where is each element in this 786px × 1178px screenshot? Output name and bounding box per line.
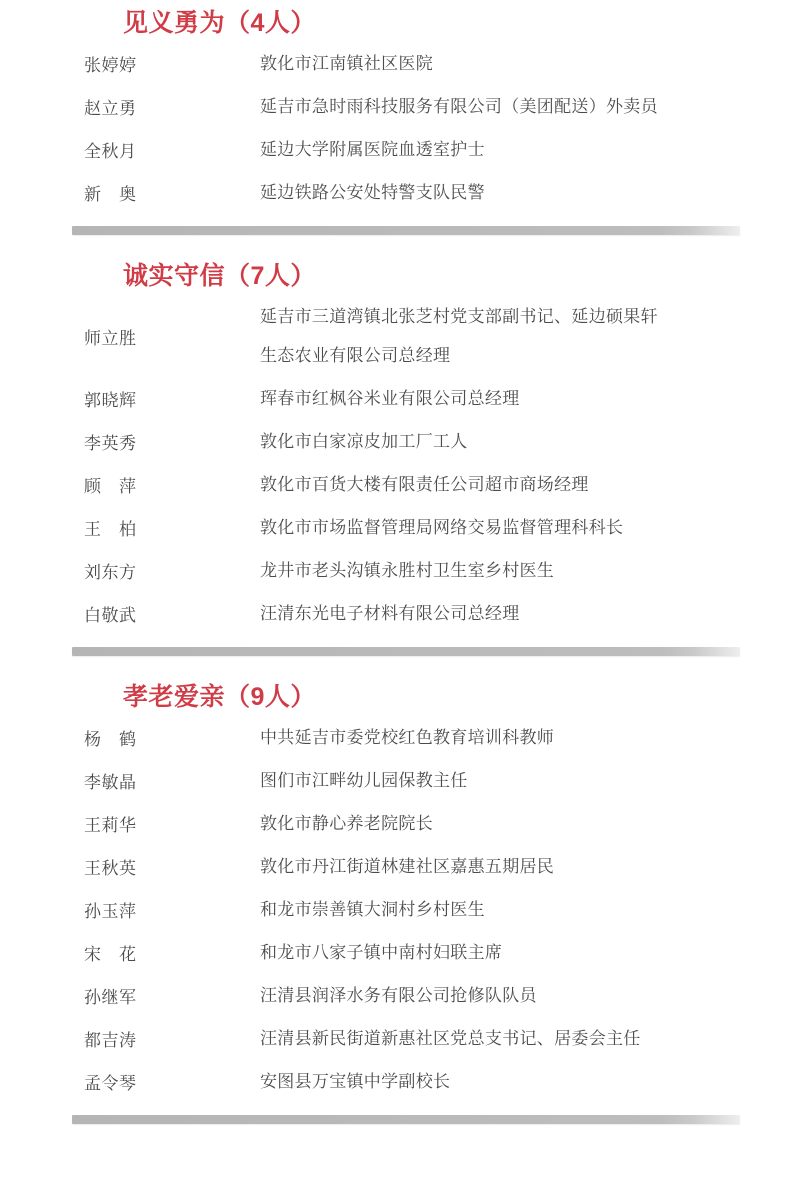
honoree-row: 王秋英 敦化市丹江街道林建社区嘉惠五期居民 [0, 847, 786, 886]
honoree-row: 都吉涛 汪清县新民街道新惠社区党总支书记、居委会主任 [0, 1019, 786, 1058]
award-recipients-page: 见义勇为（4人） 张婷婷 敦化市江南镇社区医院 赵立勇 延吉市急时雨科技服务有限… [0, 0, 786, 1178]
honoree-row: 白敬武 汪清东光电子材料有限公司总经理 [0, 594, 786, 633]
honoree-name: 孙继军 [84, 983, 260, 1008]
honoree-affiliation: 敦化市静心养老院院长 [260, 804, 740, 843]
section-divider [72, 647, 740, 656]
honoree-name: 都吉涛 [84, 1026, 260, 1051]
honoree-affiliation: 汪清县润泽水务有限公司抢修队队员 [260, 976, 740, 1015]
affiliation-line: 敦化市江南镇社区医院 [260, 44, 740, 83]
honoree-name: 孟令琴 [84, 1069, 260, 1094]
section-rows: 杨 鹤 中共延吉市委党校红色教育培训科教师 李敏晶 图们市江畔幼儿园保教主任 王… [0, 718, 786, 1101]
honoree-name: 李英秀 [84, 429, 260, 454]
honoree-affiliation: 汪清县新民街道新惠社区党总支书记、居委会主任 [260, 1019, 740, 1058]
honoree-affiliation: 敦化市白家凉皮加工厂工人 [260, 422, 740, 461]
honoree-row: 宋 花 和龙市八家子镇中南村妇联主席 [0, 933, 786, 972]
honoree-name: 王莉华 [84, 811, 260, 836]
affiliation-line: 和龙市崇善镇大洞村乡村医生 [260, 890, 740, 929]
section-divider [72, 226, 740, 235]
affiliation-line: 汪清东光电子材料有限公司总经理 [260, 594, 740, 633]
honoree-name: 杨 鹤 [84, 725, 260, 750]
affiliation-line: 安图县万宝镇中学副校长 [260, 1062, 740, 1101]
honoree-name: 顾 萍 [84, 472, 260, 497]
honoree-row: 王 柏 敦化市市场监督管理局网络交易监督管理科科长 [0, 508, 786, 547]
affiliation-line: 和龙市八家子镇中南村妇联主席 [260, 933, 740, 972]
honoree-row: 全秋月 延边大学附属医院血透室护士 [0, 130, 786, 169]
honoree-name: 郭晓辉 [84, 386, 260, 411]
affiliation-line: 汪清县润泽水务有限公司抢修队队员 [260, 976, 740, 1015]
honoree-name: 王 柏 [84, 515, 260, 540]
affiliation-line: 珲春市红枫谷米业有限公司总经理 [260, 379, 740, 418]
honoree-affiliation: 延边大学附属医院血透室护士 [260, 130, 740, 169]
honoree-name: 新 奥 [84, 180, 260, 205]
honoree-affiliation: 敦化市百货大楼有限责任公司超市商场经理 [260, 465, 740, 504]
honoree-row: 王莉华 敦化市静心养老院院长 [0, 804, 786, 843]
honoree-row: 顾 萍 敦化市百货大楼有限责任公司超市商场经理 [0, 465, 786, 504]
section-divider [72, 1115, 740, 1124]
affiliation-line: 图们市江畔幼儿园保教主任 [260, 761, 740, 800]
section-rows: 张婷婷 敦化市江南镇社区医院 赵立勇 延吉市急时雨科技服务有限公司（美团配送）外… [0, 44, 786, 212]
honoree-row: 孙继军 汪清县润泽水务有限公司抢修队队员 [0, 976, 786, 1015]
honoree-row: 孙玉萍 和龙市崇善镇大洞村乡村医生 [0, 890, 786, 929]
honoree-row: 李英秀 敦化市白家凉皮加工厂工人 [0, 422, 786, 461]
honoree-row: 孟令琴 安图县万宝镇中学副校长 [0, 1062, 786, 1101]
affiliation-line: 敦化市市场监督管理局网络交易监督管理科科长 [260, 508, 740, 547]
section-title: 孝老爱亲（9人） [123, 682, 786, 712]
honoree-row: 郭晓辉 珲春市红枫谷米业有限公司总经理 [0, 379, 786, 418]
honoree-affiliation: 敦化市江南镇社区医院 [260, 44, 740, 83]
honoree-affiliation: 汪清东光电子材料有限公司总经理 [260, 594, 740, 633]
honoree-name: 孙玉萍 [84, 897, 260, 922]
honoree-affiliation: 和龙市八家子镇中南村妇联主席 [260, 933, 740, 972]
honoree-name: 师立胜 [84, 324, 260, 349]
honoree-name: 赵立勇 [84, 94, 260, 119]
content: 见义勇为（4人） 张婷婷 敦化市江南镇社区医院 赵立勇 延吉市急时雨科技服务有限… [0, 8, 786, 1124]
honoree-affiliation: 延吉市三道湾镇北张芝村党支部副书记、延边硕果轩生态农业有限公司总经理 [260, 297, 740, 375]
honoree-affiliation: 图们市江畔幼儿园保教主任 [260, 761, 740, 800]
honoree-row: 张婷婷 敦化市江南镇社区医院 [0, 44, 786, 83]
honoree-row: 李敏晶 图们市江畔幼儿园保教主任 [0, 761, 786, 800]
affiliation-line: 龙井市老头沟镇永胜村卫生室乡村医生 [260, 551, 740, 590]
affiliation-line: 生态农业有限公司总经理 [260, 336, 740, 375]
affiliation-line: 中共延吉市委党校红色教育培训科教师 [260, 718, 740, 757]
honoree-affiliation: 和龙市崇善镇大洞村乡村医生 [260, 890, 740, 929]
honoree-name: 王秋英 [84, 854, 260, 879]
section-rows: 师立胜 延吉市三道湾镇北张芝村党支部副书记、延边硕果轩生态农业有限公司总经理 郭… [0, 297, 786, 633]
honoree-affiliation: 安图县万宝镇中学副校长 [260, 1062, 740, 1101]
honoree-name: 刘东方 [84, 558, 260, 583]
honoree-row: 师立胜 延吉市三道湾镇北张芝村党支部副书记、延边硕果轩生态农业有限公司总经理 [0, 297, 786, 375]
affiliation-line: 敦化市静心养老院院长 [260, 804, 740, 843]
honoree-row: 杨 鹤 中共延吉市委党校红色教育培训科教师 [0, 718, 786, 757]
honoree-name: 白敬武 [84, 601, 260, 626]
affiliation-line: 敦化市百货大楼有限责任公司超市商场经理 [260, 465, 740, 504]
honoree-row: 赵立勇 延吉市急时雨科技服务有限公司（美团配送）外卖员 [0, 87, 786, 126]
award-section: 孝老爱亲（9人） 杨 鹤 中共延吉市委党校红色教育培训科教师 李敏晶 图们市江畔… [0, 682, 786, 1101]
award-section: 见义勇为（4人） 张婷婷 敦化市江南镇社区医院 赵立勇 延吉市急时雨科技服务有限… [0, 8, 786, 212]
honoree-affiliation: 中共延吉市委党校红色教育培训科教师 [260, 718, 740, 757]
affiliation-line: 汪清县新民街道新惠社区党总支书记、居委会主任 [260, 1019, 740, 1058]
affiliation-line: 敦化市丹江街道林建社区嘉惠五期居民 [260, 847, 740, 886]
honoree-affiliation: 敦化市丹江街道林建社区嘉惠五期居民 [260, 847, 740, 886]
affiliation-line: 延吉市急时雨科技服务有限公司（美团配送）外卖员 [260, 87, 740, 126]
honoree-name: 李敏晶 [84, 768, 260, 793]
section-title: 诚实守信（7人） [123, 261, 786, 291]
honoree-affiliation: 珲春市红枫谷米业有限公司总经理 [260, 379, 740, 418]
honoree-name: 宋 花 [84, 940, 260, 965]
honoree-name: 全秋月 [84, 137, 260, 162]
affiliation-line: 敦化市白家凉皮加工厂工人 [260, 422, 740, 461]
award-section: 诚实守信（7人） 师立胜 延吉市三道湾镇北张芝村党支部副书记、延边硕果轩生态农业… [0, 261, 786, 633]
honoree-affiliation: 延边铁路公安处特警支队民警 [260, 173, 740, 212]
affiliation-line: 延边铁路公安处特警支队民警 [260, 173, 740, 212]
honoree-name: 张婷婷 [84, 51, 260, 76]
section-title: 见义勇为（4人） [123, 8, 786, 38]
honoree-affiliation: 敦化市市场监督管理局网络交易监督管理科科长 [260, 508, 740, 547]
honoree-affiliation: 延吉市急时雨科技服务有限公司（美团配送）外卖员 [260, 87, 740, 126]
affiliation-line: 延吉市三道湾镇北张芝村党支部副书记、延边硕果轩 [260, 297, 740, 336]
honoree-row: 刘东方 龙井市老头沟镇永胜村卫生室乡村医生 [0, 551, 786, 590]
affiliation-line: 延边大学附属医院血透室护士 [260, 130, 740, 169]
honoree-affiliation: 龙井市老头沟镇永胜村卫生室乡村医生 [260, 551, 740, 590]
honoree-row: 新 奥 延边铁路公安处特警支队民警 [0, 173, 786, 212]
